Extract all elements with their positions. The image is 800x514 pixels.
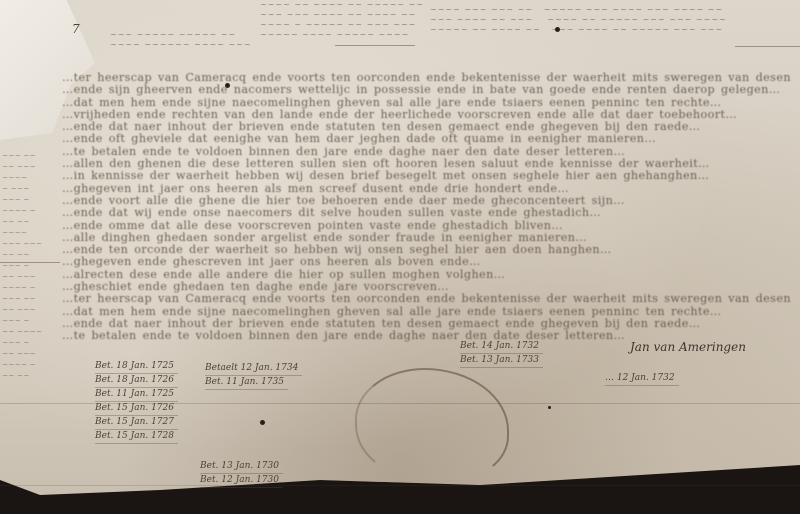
text-line: …ende dat wij ende onse naecomers dit se… xyxy=(62,207,792,219)
manuscript-body: …ter heerscap van Cameracq ende voorts t… xyxy=(62,72,792,343)
dated-entry: Bet. 18 Jan. 1726 xyxy=(95,374,178,388)
text-line: …alle dinghen ghedaen sonder argelist en… xyxy=(62,232,792,244)
text-line: …dat men hem ende sijne naecomelinghen g… xyxy=(62,97,792,109)
right-entry: … 12 Jan. 1732 xyxy=(605,372,679,386)
top-ledger-right: ~~~~ ~~~ ~~~ ~~ ~~~~~ ~~~ ~~~~ ~~~ ~~~~ … xyxy=(430,5,727,35)
text-line: …ende dat naer inhout der brieven ende s… xyxy=(62,121,792,133)
signature: Jan van Ameringen xyxy=(630,340,746,354)
text-line: …ter heerscap van Cameracq ende voorts t… xyxy=(62,72,792,84)
text-line: …ende oft gheviele dat eenighe van hem d… xyxy=(62,133,792,145)
dated-entry: Bet. 18 Jan. 1725 xyxy=(95,360,178,374)
text-line: …ende omme dat alle dese voorscreven poi… xyxy=(62,220,792,232)
text-line: …te betalen ende te voldoen binnen den j… xyxy=(62,146,792,158)
dated-entry: Bet. 13 Jan. 1733 xyxy=(460,354,543,368)
text-line: …ghegeven int jaer ons heeren als men sc… xyxy=(62,183,792,195)
dated-entry: Bet. 13 Jan. 1730 xyxy=(200,460,283,474)
text-line: …allen den ghenen die dese letteren sull… xyxy=(62,158,792,170)
text-line: …ende sijn gheerven ende nacomers wettel… xyxy=(62,84,792,96)
text-line: …ende voort alle die ghene die hier toe … xyxy=(62,195,792,207)
dated-entry: Bet. 11 Jan. 1735 xyxy=(205,376,288,390)
dated-entries-middle: Betaelt 12 Jan. 1734 Bet. 11 Jan. 1735 xyxy=(205,362,302,390)
dated-entries-left: Bet. 18 Jan. 1725 Bet. 18 Jan. 1726 Bet.… xyxy=(95,360,178,444)
dated-entries-right: Bet. 14 Jan. 1732 Bet. 13 Jan. 1733 xyxy=(460,340,543,368)
text-line: …alrecten dese ende alle andere die hier… xyxy=(62,269,792,281)
text-line: …ghegeven ende ghescreven int jaer ons h… xyxy=(62,256,792,268)
left-margin-notes: ~~~ ~~~~ ~~~~~~~~ ~~~~~~ ~~~~~ ~~~ ~~~~~… xyxy=(2,150,62,381)
dated-entry: Bet. 11 Jan. 1725 xyxy=(95,388,178,402)
text-line: …in kennisse der waerheit hebben wij des… xyxy=(62,170,792,182)
page-number: 7 xyxy=(72,22,80,36)
dated-entry: Betaelt 12 Jan. 1734 xyxy=(205,362,302,376)
text-line: …ende dat naer inhout der brieven ende s… xyxy=(62,318,792,330)
text-line: …vrijheden ende rechten van den lande en… xyxy=(62,109,792,121)
text-line: …ter heerscap van Cameracq ende voorts t… xyxy=(62,293,792,305)
dated-entry: Bet. 15 Jan. 1726 xyxy=(95,402,178,416)
dated-entries-bottom: Bet. 13 Jan. 1730 Bet. 12 Jan. 1730 xyxy=(200,460,283,488)
top-ledger-left: ~~~ ~~~~~ ~~~~~ ~~ ~~~~ ~~~~~~ ~~~~ ~~~ xyxy=(110,30,252,50)
dated-entry: Bet. 15 Jan. 1727 xyxy=(95,416,178,430)
text-line: …gheschiet ende ghedaen ten daghe ende j… xyxy=(62,281,792,293)
dated-entry: Bet. 14 Jan. 1732 xyxy=(460,340,543,354)
text-line: …dat men hem ende sijne naecomelinghen g… xyxy=(62,306,792,318)
top-ledger-center: ~~~~ ~~ ~~~~ ~~ ~~~~~ ~~ ~~~ ~~~ ~~~~ ~~… xyxy=(260,0,424,40)
dated-entry: … 12 Jan. 1732 xyxy=(605,372,679,386)
text-line: …ende ten orconde der waerheit so hebben… xyxy=(62,244,792,256)
dated-entry: Bet. 15 Jan. 1728 xyxy=(95,430,178,444)
